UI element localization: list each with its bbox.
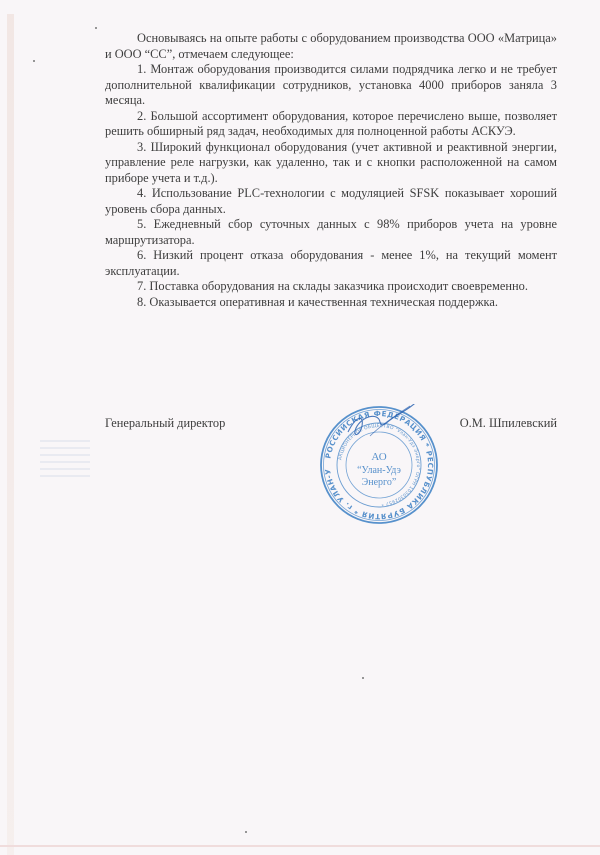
- list-item-1: 1. Монтаж оборудования производится сила…: [105, 62, 557, 109]
- scan-speck: [362, 677, 364, 679]
- letter-body: Основываясь на опыте работы с оборудован…: [105, 31, 557, 310]
- list-item-6: 6. Низкий процент отказа оборудования - …: [105, 248, 557, 279]
- stamp-seal-icon: РОССИЙСКАЯ ФЕДЕРАЦИЯ * РЕСПУБЛИКА БУРЯТИ…: [318, 404, 440, 526]
- scan-speck: [245, 831, 247, 833]
- signatory-title: Генеральный директор: [105, 416, 225, 431]
- scan-bottom-edge: [0, 845, 600, 847]
- intro-paragraph: Основываясь на опыте работы с оборудован…: [105, 31, 557, 62]
- signatory-name: О.М. Шпилевский: [460, 416, 557, 431]
- scan-edge-strip: [7, 14, 14, 855]
- document-page: Основываясь на опыте работы с оборудован…: [0, 0, 600, 855]
- list-item-8: 8. Оказывается оперативная и качественна…: [105, 295, 557, 311]
- svg-text:Энерго”: Энерго”: [362, 477, 397, 488]
- list-item-2: 2. Большой ассортимент оборудования, кот…: [105, 109, 557, 140]
- scan-speck: [33, 60, 35, 62]
- list-item-3: 3. Широкий функционал оборудования (учет…: [105, 140, 557, 187]
- svg-text:“Улан-Удэ: “Улан-Удэ: [357, 465, 401, 476]
- list-item-4: 4. Использование PLC-технологии с модуля…: [105, 186, 557, 217]
- scan-speck: [95, 27, 97, 29]
- svg-text:АО: АО: [371, 451, 386, 463]
- list-item-7: 7. Поставка оборудования на склады заказ…: [105, 279, 557, 295]
- company-stamp: РОССИЙСКАЯ ФЕДЕРАЦИЯ * РЕСПУБЛИКА БУРЯТИ…: [318, 404, 440, 526]
- bleed-through-mark: [40, 440, 90, 480]
- list-item-5: 5. Ежедневный сбор суточных данных с 98%…: [105, 217, 557, 248]
